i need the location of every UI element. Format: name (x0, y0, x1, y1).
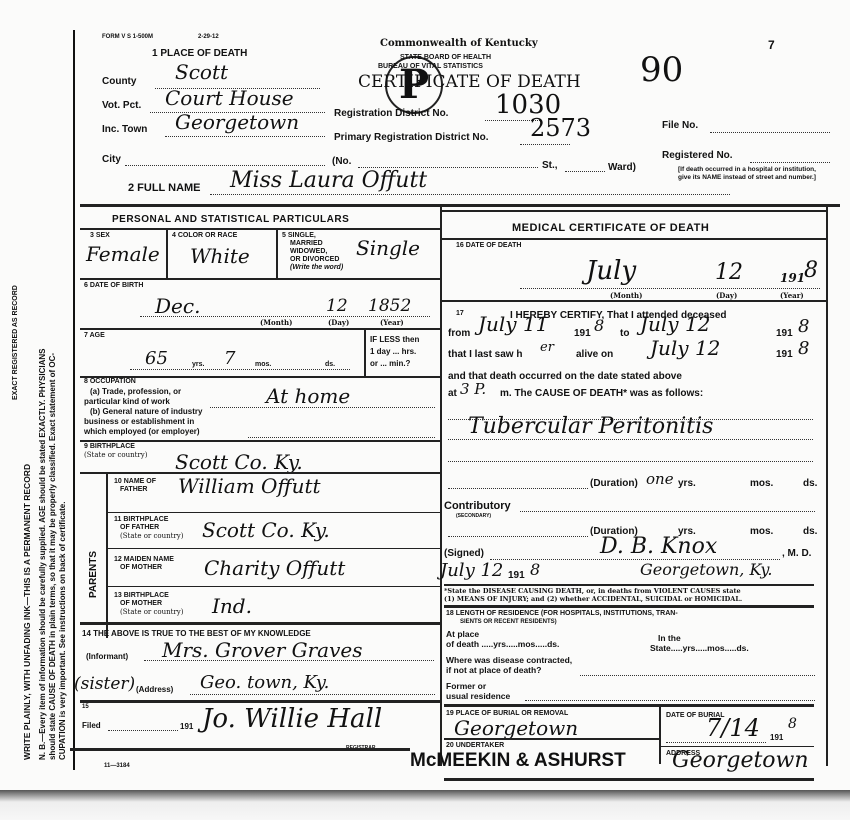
inc-town-value: Georgetown (175, 110, 299, 134)
burial-year-prefix: 191 (770, 734, 783, 742)
at-label: at (448, 388, 457, 399)
margin-line-3: N. B.—Every item of information should b… (38, 349, 47, 760)
vot-pct-label: Vot. Pct. (102, 100, 141, 111)
corner-mark: 7 (768, 38, 775, 52)
contributory-label: Contributory (444, 500, 511, 512)
sex-label: 3 SEX (90, 232, 110, 240)
duration-2-ds: ds. (803, 526, 817, 537)
residence-heading-2: SIENTS OR RECENT RESIDENTS) (460, 618, 557, 626)
father-birthplace-label-3: (State or country) (120, 532, 183, 540)
dob-month: Dec. (155, 294, 200, 318)
certificate-title: CERTIFICATE OF DEATH (358, 72, 581, 92)
occupation-label: 8 OCCUPATION (84, 378, 136, 386)
county-value: Scott (175, 60, 228, 84)
less-than-2: 1 day ... hrs. (370, 348, 416, 356)
dod-day: 12 (715, 260, 743, 285)
duration-mos: mos. (750, 478, 773, 489)
informant-value: Mrs. Grover Graves (162, 638, 363, 662)
registered-no-label: Registered No. (662, 150, 733, 161)
handwritten-number: 90 (640, 50, 683, 90)
time-of-death: 3 P. (460, 380, 486, 398)
year-caption: (Year) (380, 319, 404, 327)
medical-heading: MEDICAL CERTIFICATE OF DEATH (512, 222, 709, 234)
mother-label-2: OF MOTHER (120, 564, 162, 572)
place-of-death-heading: 1 PLACE OF DEATH (152, 48, 247, 59)
dod-month: July (586, 256, 636, 286)
dob-label: 6 DATE OF BIRTH (84, 282, 143, 290)
father-birthplace-value: Scott Co. Ky. (202, 518, 330, 542)
birthplace-label: 9 BIRTHPLACE (84, 443, 135, 451)
duration-label: (Duration) (590, 478, 638, 489)
commonwealth-title: Commonwealth of Kentucky (380, 38, 538, 49)
contracted-label-1: Where was disease contracted, (446, 656, 572, 664)
alive-year-suffix: 8 (798, 338, 809, 359)
birthplace-value: Scott Co. Ky. (175, 450, 303, 474)
at-place-label-2: of death .....yrs.....mos.....ds. (446, 640, 559, 648)
occupation-b-1: (b) General nature of industry (90, 408, 202, 416)
at-place-label-1: At place (446, 630, 479, 638)
age-months: 7 (224, 348, 235, 369)
filing-number: 15 (82, 703, 89, 711)
informant-address-value: Geo. town, Ky. (200, 672, 329, 693)
in-state-label-2: State.....yrs.....mos.....ds. (650, 644, 749, 652)
institution-note: [If death occurred in a hospital or inst… (678, 166, 828, 182)
mother-birthplace-label-2: OF MOTHER (120, 600, 162, 608)
undertaker-label: 20 UNDERTAKER (446, 742, 504, 750)
last-saw-label: that I last saw h (448, 349, 522, 360)
father-birthplace-label-2: OF FATHER (120, 524, 159, 532)
last-saw-pronoun: er (540, 340, 554, 355)
alive-date: July 12 (650, 336, 720, 360)
informant-heading: 14 THE ABOVE IS TRUE TO THE BEST OF MY K… (82, 630, 311, 638)
full-name-value: Miss Laura Offutt (230, 168, 427, 193)
residence-heading-1: 18 LENGTH OF RESIDENCE (FOR HOSPITALS, I… (446, 610, 678, 618)
less-than-3: or ... min.? (370, 360, 410, 368)
dod-year-suffix: 8 (804, 258, 818, 283)
mother-value: Charity Offutt (204, 556, 345, 580)
street-no-label: (No. (332, 156, 351, 167)
mother-label-1: 12 MAIDEN NAME (114, 556, 174, 564)
city-label: City (102, 154, 121, 165)
former-residence-label-1: Former or (446, 682, 486, 690)
informant-address-label: (Address) (136, 686, 173, 694)
father-birthplace-label-1: 11 BIRTHPLACE (114, 516, 168, 524)
margin-line-4: should state CAUSE OF DEATH in plain ter… (48, 353, 57, 760)
mother-birthplace-value: Ind. (212, 594, 252, 618)
from-year-prefix: 191 (574, 328, 591, 339)
personal-heading: PERSONAL AND STATISTICAL PARTICULARS (112, 214, 349, 225)
dod-day-caption: (Day) (716, 292, 737, 300)
from-date: July 11 (478, 312, 548, 336)
ds-label: ds. (325, 361, 335, 369)
burial-address-value: Georgetown (672, 748, 809, 773)
signed-label: (Signed) (444, 548, 484, 559)
dod-month-caption: (Month) (610, 292, 642, 300)
race-value: White (190, 244, 250, 268)
margin-line-5: CUPATION is very important. See instruct… (58, 502, 67, 760)
marital-label-4: OR DIVORCED (290, 256, 339, 264)
to-label: to (620, 328, 629, 339)
from-label: from (448, 328, 470, 339)
occupation-b-3: which employed (or employer) (84, 428, 200, 436)
parents-side-label: PARENTS (88, 551, 99, 598)
marital-value: Single (356, 236, 420, 260)
note-2: (1) MEANS OF INJURY; and (2) whether ACC… (444, 595, 742, 603)
burial-date-value: 7/14 (706, 714, 760, 742)
filed-label: Filed (82, 722, 101, 730)
informant-relation: (sister) (74, 674, 135, 694)
dob-day: 12 (326, 296, 348, 316)
form-left-border (73, 30, 75, 770)
mos-label: mos. (255, 361, 271, 369)
dob-year: 1852 (368, 296, 411, 316)
file-no-label: File No. (662, 120, 698, 131)
board-of-health: STATE BOARD OF HEALTH (400, 54, 491, 61)
page-edge-shadow (0, 790, 850, 820)
marital-label-1: 5 SINGLE, (282, 232, 316, 240)
form-code: 11—3184 (104, 762, 130, 770)
secondary-label: (SECONDARY) (456, 512, 491, 520)
ward-label: Ward) (608, 162, 636, 173)
in-state-label-1: In the (658, 634, 681, 642)
father-label-1: 10 NAME OF (114, 478, 156, 486)
burial-place-value: Georgetown (454, 716, 578, 740)
age-label: 7 AGE (84, 332, 105, 340)
contracted-label-2: if not at place of death? (446, 666, 541, 674)
county-label: County (102, 76, 136, 87)
dod-year-prefix: 191 (780, 274, 805, 282)
duration-yrs: yrs. (678, 478, 696, 489)
mother-birthplace-label-1: 13 BIRTHPLACE (114, 592, 169, 600)
margin-instructions: EXACT REGISTERED AS RECORD WRITE PLAINLY… (8, 40, 68, 800)
signed-year-prefix: 191 (508, 570, 525, 581)
day-caption: (Day) (328, 319, 349, 327)
marital-label-2: MARRIED (290, 240, 323, 248)
primary-registration-label: Primary Registration District No. (334, 132, 488, 143)
yrs-label: yrs. (192, 361, 204, 369)
occupation-value: At home (266, 384, 350, 408)
inc-town-label: Inc. Town (102, 124, 147, 135)
month-caption: (Month) (260, 319, 292, 327)
to-year-suffix: 8 (798, 316, 809, 337)
filed-year-prefix: 191 (180, 723, 193, 731)
age-years: 65 (145, 348, 168, 369)
street-label: St., (542, 160, 558, 171)
former-residence-label-2: usual residence (446, 692, 510, 700)
race-label: 4 COLOR OR RACE (172, 232, 237, 240)
cause-text: m. The CAUSE OF DEATH* was as follows: (500, 388, 703, 399)
birthplace-sub: (State or country) (84, 451, 147, 459)
primary-registration-value: 2573 (530, 114, 591, 142)
to-year-prefix: 191 (776, 328, 793, 339)
duration-2-mos: mos. (750, 526, 773, 537)
alive-on-label: alive on (576, 349, 613, 360)
cause-of-death: Tubercular Peritonitis (468, 414, 713, 439)
informant-label: (Informant) (86, 653, 128, 661)
dod-year-caption: (Year) (780, 292, 804, 300)
full-name-label: 2 FULL NAME (128, 182, 201, 194)
center-divider (440, 206, 442, 766)
from-year-suffix: 8 (594, 316, 604, 335)
to-date: July 12 (640, 312, 710, 336)
form-number: FORM V S 1-500M (102, 34, 153, 40)
header-divider (80, 204, 840, 207)
burial-year-suffix: 8 (788, 716, 797, 732)
md-label: , M. D. (782, 548, 811, 559)
margin-line-2: WRITE PLAINLY, WITH UNFADING INK—THIS IS… (22, 464, 32, 760)
signed-date: July 12 (440, 560, 503, 581)
certify-number: 17 (456, 310, 464, 318)
dod-label: 16 DATE OF DEATH (456, 242, 521, 250)
sex-value: Female (86, 242, 160, 266)
right-border (826, 206, 828, 766)
marital-label-3: WIDOWED, (290, 248, 327, 256)
occupation-b-2: business or establishment in (84, 418, 194, 426)
form-date: 2-29-12 (198, 34, 219, 40)
signed-year-suffix: 8 (530, 560, 540, 579)
occupation-a-1: (a) Trade, profession, or (90, 388, 181, 396)
vot-pct-value: Court House (165, 86, 294, 110)
duration-years: one (646, 470, 674, 488)
margin-line-1: EXACT REGISTERED AS RECORD (12, 285, 19, 400)
undertaker-value: McMEEKIN & ASHURST (410, 750, 626, 772)
death-certificate-form: FORM V S 1-500M 2-29-12 1 PLACE OF DEATH… (80, 26, 840, 776)
bureau-vital-statistics: BUREAU OF VITAL STATISTICS (378, 63, 483, 70)
less-than-1: IF LESS then (370, 336, 419, 344)
physician-address: Georgetown, Ky. (640, 560, 772, 579)
registration-district-label: Registration District No. (334, 108, 448, 119)
note-1: *State the DISEASE CAUSING DEATH, or, in… (444, 587, 741, 595)
father-label-2: FATHER (120, 486, 147, 494)
marital-label-5: (Write the word) (290, 264, 343, 272)
father-value: William Offutt (178, 474, 321, 498)
alive-year-prefix: 191 (776, 349, 793, 360)
registrar-signature: Jo. Willie Hall (202, 704, 382, 734)
mother-birthplace-label-3: (State or country) (120, 608, 183, 616)
duration-ds: ds. (803, 478, 817, 489)
occupation-a-2: particular kind of work (84, 398, 170, 406)
physician-signature: D. B. Knox (600, 534, 717, 559)
